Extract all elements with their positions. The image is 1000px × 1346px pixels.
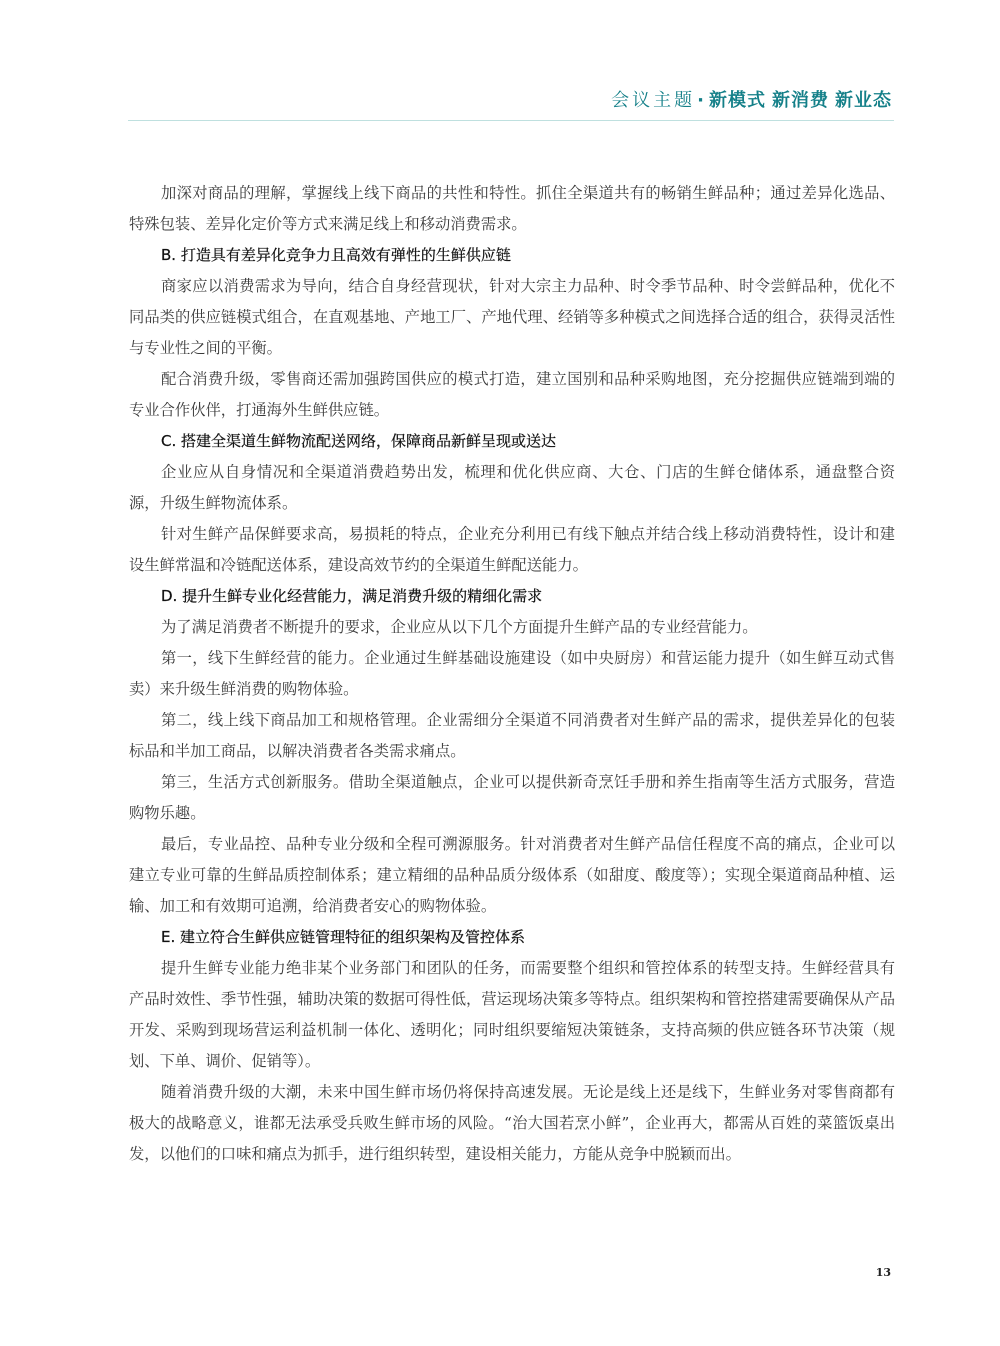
section-heading-d: D. 提升生鲜专业化经营能力，满足消费升级的精细化需求 [129,581,895,612]
conference-theme-title: 会议主题·新模式新消费新业态 [611,86,892,112]
section-heading-b: B. 打造具有差异化竞争力且高效有弹性的生鲜供应链 [129,240,895,271]
section-heading-c: C. 搭建全渠道生鲜物流配送网络，保障商品新鲜呈现或送达 [129,426,895,457]
theme-new-mode: 新模式 [709,90,766,111]
paragraph-intro: 加深对商品的理解，掌握线上线下商品的共性和特性。抓住全渠道共有的畅销生鲜品种；通… [129,178,895,240]
paragraph-d5: 最后，专业品控、品种专业分级和全程可溯源服务。针对消费者对生鲜产品信任程度不高的… [129,829,895,922]
paragraph-d3: 第二，线上线下商品加工和规格管理。企业需细分全渠道不同消费者对生鲜产品的需求，提… [129,705,895,767]
paragraph-c1: 企业应从自身情况和全渠道消费趋势出发，梳理和优化供应商、大仓、门店的生鲜仓储体系… [129,457,895,519]
theme-new-business: 新业态 [835,90,892,111]
running-header: 会议主题·新模式新消费新业态 [128,84,894,121]
paragraph-d1: 为了满足消费者不断提升的要求，企业应从以下几个方面提升生鲜产品的专业经营能力。 [129,612,895,643]
theme-separator: · [697,90,705,111]
paragraph-c2: 针对生鲜产品保鲜要求高，易损耗的特点，企业充分利用已有线下触点并结合线上移动消费… [129,519,895,581]
paragraph-d4: 第三，生活方式创新服务。借助全渠道触点，企业可以提供新奇烹饪手册和养生指南等生活… [129,767,895,829]
page-number: 13 [876,1266,891,1279]
body-content: 加深对商品的理解，掌握线上线下商品的共性和特性。抓住全渠道共有的畅销生鲜品种；通… [129,178,895,1170]
paragraph-conclusion: 随着消费升级的大潮，未来中国生鲜市场仍将保持高速发展。无论是线上还是线下，生鲜业… [129,1077,895,1170]
section-heading-e: E. 建立符合生鲜供应链管理特征的组织架构及管控体系 [129,922,895,953]
theme-prefix: 会议主题 [611,90,695,111]
paragraph-b2: 配合消费升级，零售商还需加强跨国供应的模式打造，建立国别和品种采购地图，充分挖掘… [129,364,895,426]
theme-new-consumption: 新消费 [772,90,829,111]
paragraph-b1: 商家应以消费需求为导向，结合自身经营现状，针对大宗主力品种、时令季节品种、时令尝… [129,271,895,364]
paragraph-e1: 提升生鲜专业能力绝非某个业务部门和团队的任务，而需要整个组织和管控体系的转型支持… [129,953,895,1077]
paragraph-d2: 第一，线下生鲜经营的能力。企业通过生鲜基础设施建设（如中央厨房）和营运能力提升（… [129,643,895,705]
